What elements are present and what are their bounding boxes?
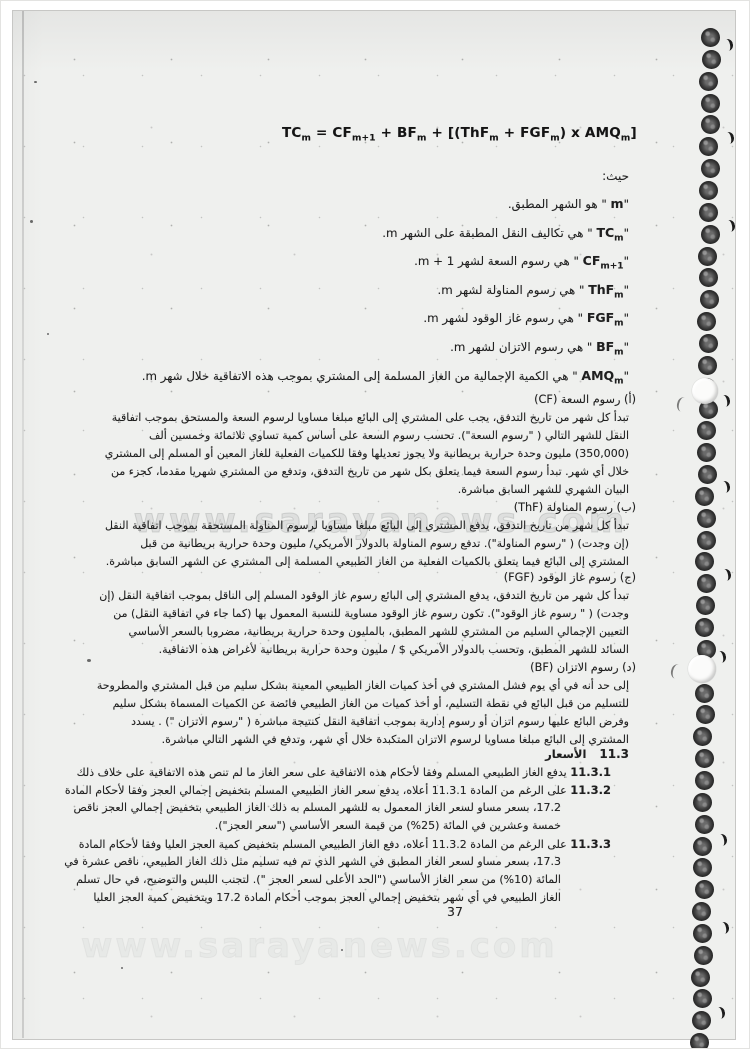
binding-hole [701, 115, 720, 134]
definition-term: CFm+1 [583, 253, 624, 268]
binding-hole [698, 247, 717, 266]
clause-line: الغاز الطبيعي في أي شهر بتخفيض إجمالي ال… [86, 889, 629, 907]
binding-hole [701, 94, 720, 113]
binding-hole [694, 946, 713, 965]
binding-hole [695, 684, 714, 703]
binding-hole [693, 858, 712, 877]
text-line: خلال أي شهر. تبدأ رسوم السعة فيما يتعلق … [86, 463, 629, 481]
page-number: 37 [435, 904, 475, 919]
clause-line: المائة (10%) من سعر الغاز الأساسي ("الحد… [86, 871, 629, 889]
definitions-list: "m " هو الشهر المطبق."TCm " هي تكاليف ال… [86, 190, 629, 390]
text-line: إلى حد أنه في أي يوم فشل المشتري في أخذ … [86, 677, 629, 695]
definition-line: "m " هو الشهر المطبق. [86, 190, 629, 219]
binding-hole [700, 290, 719, 309]
binding-hole [692, 902, 711, 921]
binding-hole [693, 837, 712, 856]
binding-hole [696, 596, 715, 615]
document-content: TCm = CFm+1 + BFm + [(ThFm + FGFm) x AMQ… [86, 1, 629, 1049]
transport-cost-formula: TCm = CFm+1 + BFm + [(ThFm + FGFm) x AMQ… [282, 125, 637, 144]
section-heading: (أ) رسوم السعة (CF) [86, 391, 636, 409]
clause-line: 17.3، بسعر مساو لسعر الغاز المطبق في الش… [86, 853, 629, 871]
binding-hole [693, 924, 712, 943]
definition-line: "AMQm " هي الكمية الإجمالية من الغاز الم… [86, 362, 629, 391]
text-line: وفرض البائع عليها رسوم اتزان أو رسوم إدا… [86, 713, 629, 731]
dust-speck [87, 659, 91, 662]
text-line: تبدأ كل شهر من تاريخ التدفق، يدفع المشتر… [86, 517, 629, 535]
text-line: (350,000) مليون وحدة حرارية بريطانية ولا… [86, 445, 629, 463]
definition-line: "FGFm " هي رسوم غاز الوقود لشهر m. [86, 304, 629, 333]
clause-text: يدفع الغاز الطبيعي المسلم وفقا لأحكام هذ… [77, 766, 567, 779]
clause-number: 11.3.1 [570, 765, 611, 779]
where-label: حيث: [602, 169, 629, 183]
prices-section: 11.3الأسعار11.3.1 يدفع الغاز الطبيعي الم… [86, 745, 629, 907]
fee-section: (د) رسوم الاتزان (BF)إلى حد أنه في أي يو… [86, 659, 629, 749]
clause-line: 11.3.1 يدفع الغاز الطبيعي المسلم وفقا لأ… [86, 763, 629, 781]
punch-hole-bottom [688, 655, 716, 683]
text-line: البيان الشهري للشهر السابق مباشرة. [86, 481, 629, 499]
text-line: السائد للشهر المطبق، وتحسب بالدولار الأم… [86, 641, 629, 659]
dust-speck [34, 81, 37, 83]
binding-hole [695, 771, 714, 790]
definition-line: "BFm " هي رسوم الاتزان لشهر m. [86, 333, 629, 362]
definition-term: ThFm [588, 282, 623, 297]
definition-line: "ThFm " هي رسوم المناولة لشهر m. [86, 276, 629, 305]
binding-hole [699, 72, 718, 91]
paper-edge-shadow [22, 11, 24, 1038]
clause-line: خمسة وعشرين في المائة (25%) من قيمة السع… [86, 817, 629, 835]
definition-term: TCm [596, 225, 623, 240]
punch-hole-top [692, 378, 718, 404]
clause-text: على الرغم من المادة 11.3.2 أعلاه، دفع ال… [79, 838, 567, 851]
text-line: التعيين الإجمالي السليم من المشتري للشهر… [86, 623, 629, 641]
fee-section: (أ) رسوم السعة (CF)تبدأ كل شهر من تاريخ … [86, 391, 629, 499]
binding-hole [699, 181, 718, 200]
definition-term: AMQm [581, 368, 623, 383]
clause-line: 17.2، بسعر مساو لسعر الغاز المعمول به لل… [86, 799, 629, 817]
clause-number: 11.3.3 [570, 837, 611, 851]
clause-line: 11.3.2 على الرغم من المادة 11.3.1 أعلاه،… [86, 781, 629, 799]
binding-hole [697, 443, 716, 462]
binding-hole [698, 356, 717, 375]
text-line: تبدأ كل شهر من تاريخ التدفق، يجب على الم… [86, 409, 629, 427]
binding-hole [701, 28, 720, 47]
definition-line: "TCm " هي تكاليف النقل المطبقة على الشهر… [86, 219, 629, 248]
dust-speck [47, 333, 49, 335]
binding-hole [697, 531, 716, 550]
text-line: تبدأ كل شهر من تاريخ التدفق، يدفع المشتر… [86, 587, 629, 605]
prices-heading: 11.3الأسعار [86, 745, 629, 763]
dust-speck [121, 967, 123, 969]
binding-hole [699, 137, 718, 156]
binding-hole [697, 421, 716, 440]
binding-hole [695, 618, 714, 637]
clause-text: على الرغم من المادة 11.3.1 أعلاه، يدفع س… [65, 784, 567, 797]
definition-term: m [611, 196, 624, 211]
clause-number: 11.3.2 [570, 783, 611, 797]
binding-hole [697, 312, 716, 331]
scanned-document-page: www.sarayanews.com www.sarayanews.com TC… [0, 0, 750, 1049]
definition-line: "CFm+1 " هي رسوم السعة لشهر m + 1. [86, 247, 629, 276]
clause-line: 11.3.3 على الرغم من المادة 11.3.2 أعلاه،… [86, 835, 629, 853]
dust-speck [30, 220, 33, 223]
section-heading: (ج) رسوم غاز الوقود (FGF) [86, 569, 636, 587]
binding-hole [690, 1033, 709, 1049]
binding-hole [697, 509, 716, 528]
fee-section: (ج) رسوم غاز الوقود (FGF)تبدأ كل شهر من … [86, 569, 629, 659]
section-title: الأسعار [545, 747, 586, 761]
text-line: للتسليم من قبل البائع في نقطة التسليم، أ… [86, 695, 629, 713]
binding-hole [702, 50, 721, 69]
binding-hole [695, 552, 714, 571]
binding-hole [691, 968, 710, 987]
section-number: 11.3 [599, 747, 629, 761]
binding-hole [699, 203, 718, 222]
binding-hole [693, 793, 712, 812]
dust-speck [341, 949, 343, 951]
section-heading: (د) رسوم الاتزان (BF) [86, 659, 636, 677]
binding-hole [701, 225, 720, 244]
definition-term: FGFm [587, 310, 624, 325]
binding-hole [695, 880, 714, 899]
text-line: النقل للشهر التالي ( "رسوم السعة"). تحسب… [86, 427, 629, 445]
text-line: (إن وجدت) ( "رسوم المناولة"). تدفع رسوم … [86, 535, 629, 553]
text-line: وجدت) ( " رسوم غاز الوقود"). تكون رسوم غ… [86, 605, 629, 623]
fee-section: (ب) رسوم المناولة (ThF)تبدأ كل شهر من تا… [86, 499, 629, 571]
binding-hole [695, 815, 714, 834]
definition-term: BFm [596, 339, 623, 354]
section-heading: (ب) رسوم المناولة (ThF) [86, 499, 636, 517]
